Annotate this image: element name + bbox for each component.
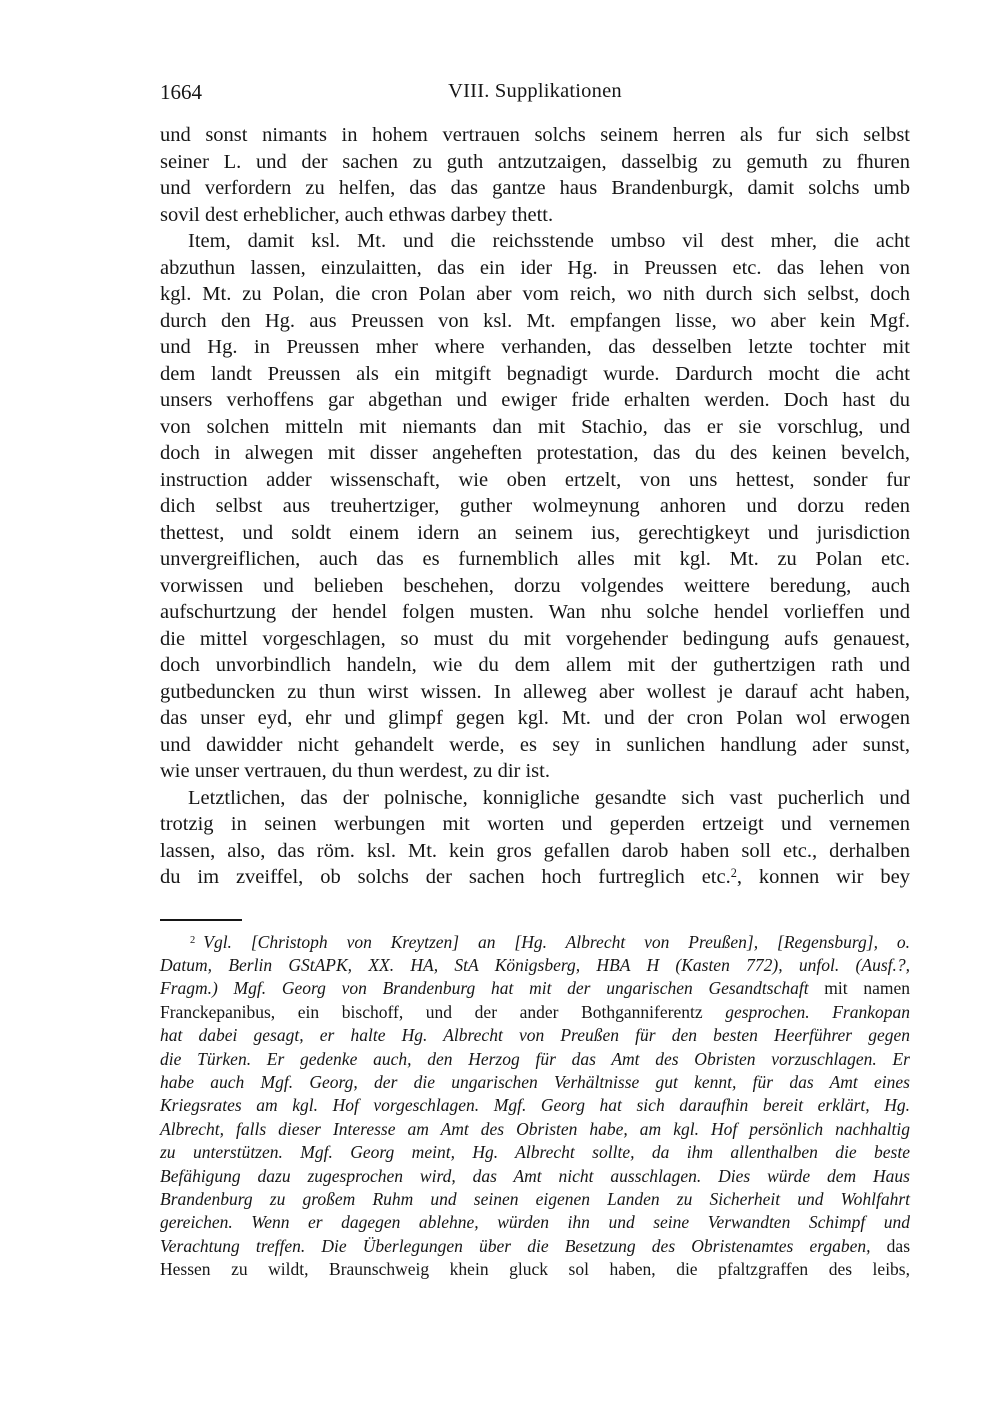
body-text: und sonst nimants in hohem vertrauen sol…: [160, 122, 910, 891]
text-segment: Albrecht, falls dieser Interesse am Amt …: [160, 1119, 910, 1139]
footnote-line: 2Vgl. [Christoph von Kreytzen] an [Hg. A…: [160, 931, 910, 954]
body-line: vorwissen und belieben beschehen, dorzu …: [160, 573, 910, 600]
text-segment: und verfordern zu helfen, das das gantze…: [160, 177, 910, 199]
text-segment: zu unterstützen. Mgf. Georg meint, Hg. A…: [160, 1142, 910, 1162]
body-line: dich selbst aus treuhertziger, guther wo…: [160, 493, 910, 520]
text-column: 1664 VIII. Supplikationen und sonst nima…: [160, 80, 910, 1282]
book-page: 1664 VIII. Supplikationen und sonst nima…: [0, 0, 1004, 1418]
text-segment: Hessen zu wildt, Braunschweig khein gluc…: [160, 1259, 910, 1279]
text-segment: Fragm.) Mgf. Georg von Brandenburg hat m…: [160, 978, 809, 998]
body-line: Item, damit ksl. Mt. und die reichsstend…: [160, 228, 910, 255]
footnote-line: Albrecht, falls dieser Interesse am Amt …: [160, 1118, 910, 1141]
footnote-line: habe auch Mgf. Georg, der die ungarische…: [160, 1071, 910, 1094]
text-segment: vorwissen und belieben beschehen, dorzu …: [160, 575, 910, 597]
footnote-line: die Türken. Er gedenke auch, den Herzog …: [160, 1048, 910, 1071]
body-line: Letztlichen, das der polnische, konnigli…: [160, 785, 910, 812]
text-segment: Item, damit ksl. Mt. und die reichsstend…: [188, 230, 910, 252]
body-line: thettest, und soldt einem idern an seine…: [160, 520, 910, 547]
footnote-line: Franckepanibus, ein bischoff, und der an…: [160, 1001, 910, 1024]
body-line: instruction adder wissenschaft, wie oben…: [160, 467, 910, 494]
body-line: seiner L. und der sachen zu guth antzutz…: [160, 149, 910, 176]
text-segment: von solchen mitteln mit niemants dan mit…: [160, 416, 910, 438]
text-segment: Letztlichen, das der polnische, konnigli…: [188, 787, 910, 809]
footnote-line: zu unterstützen. Mgf. Georg meint, Hg. A…: [160, 1141, 910, 1164]
text-segment: wie unser vertrauen, du thun werdest, zu…: [160, 760, 550, 782]
text-segment: Kriegsrates am kgl. Hof vorgeschlagen. M…: [160, 1095, 910, 1115]
text-segment: gesprochen. Frankopan: [725, 1002, 910, 1022]
text-segment: seiner L. und der sachen zu guth antzutz…: [160, 151, 910, 173]
text-segment: das unser eyd, ehr und glimpf gegen kgl.…: [160, 707, 910, 729]
body-line: durch den Hg. aus Preussen von ksl. Mt. …: [160, 308, 910, 335]
text-segment: doch in alwegen mit disser angeheften pr…: [160, 442, 910, 464]
body-line: doch in alwegen mit disser angeheften pr…: [160, 440, 910, 467]
footnote-line: Fragm.) Mgf. Georg von Brandenburg hat m…: [160, 977, 910, 1000]
body-line: und dawidder nicht gehandelt werde, es s…: [160, 732, 910, 759]
page-header: 1664 VIII. Supplikationen: [160, 80, 910, 108]
text-segment: gereichen. Wenn er dagegen ablehne, würd…: [160, 1212, 910, 1232]
body-line: die mittel vorgeschlagen, so must du mit…: [160, 626, 910, 653]
text-segment: das: [871, 1236, 910, 1256]
text-segment: die mittel vorgeschlagen, so must du mit…: [160, 628, 910, 650]
body-line: und Hg. in Preussen mher where verhanden…: [160, 334, 910, 361]
text-segment: Befähigung dazu zugesprochen wird, das A…: [160, 1166, 910, 1186]
footnote-line: Befähigung dazu zugesprochen wird, das A…: [160, 1165, 910, 1188]
running-head: VIII. Supplikationen: [160, 80, 910, 103]
body-line: unvergreiflichen, auch das es furnemblic…: [160, 546, 910, 573]
footnote: 2Vgl. [Christoph von Kreytzen] an [Hg. A…: [160, 931, 910, 1282]
text-segment: und dawidder nicht gehandelt werde, es s…: [160, 734, 910, 756]
text-segment: und Hg. in Preussen mher where verhanden…: [160, 336, 910, 358]
text-segment: unvergreiflichen, auch das es furnemblic…: [160, 548, 910, 570]
text-segment: und sonst nimants in hohem vertrauen sol…: [160, 124, 910, 146]
text-segment: die Türken. Er gedenke auch, den Herzog …: [160, 1049, 910, 1069]
body-line: von solchen mitteln mit niemants dan mit…: [160, 414, 910, 441]
text-segment: Brandenburg zu großem Ruhm und seinen ei…: [160, 1189, 910, 1209]
body-line: aufschurtzung der hendel folgen musten. …: [160, 599, 910, 626]
text-segment: Franckepanibus, ein bischoff, und der an…: [160, 1002, 725, 1022]
body-line: wie unser vertrauen, du thun werdest, zu…: [160, 758, 910, 785]
body-line: gutbeduncken zu thun wirst wissen. In al…: [160, 679, 910, 706]
footnote-marker: 2: [190, 935, 195, 946]
text-segment: hat dabei gesagt, er halte Hg. Albrecht …: [160, 1025, 910, 1045]
body-line: unsers verhoffens gar abgethan und ewige…: [160, 387, 910, 414]
body-line: kgl. Mt. zu Polan, die cron Polan aber v…: [160, 281, 910, 308]
text-segment: lassen, also, das röm. ksl. Mt. kein gro…: [160, 840, 910, 862]
body-line: dem landt Preussen als ein mitgift begna…: [160, 361, 910, 388]
footnote-line: gereichen. Wenn er dagegen ablehne, würd…: [160, 1211, 910, 1234]
text-segment: mit namen: [809, 978, 910, 998]
text-segment: Datum, Berlin GStAPK, XX. HA, StA Königs…: [160, 955, 910, 975]
body-line: das unser eyd, ehr und glimpf gegen kgl.…: [160, 705, 910, 732]
body-line: und sonst nimants in hohem vertrauen sol…: [160, 122, 910, 149]
footnote-marker: 2: [731, 866, 737, 880]
footnote-line: Verachtung treffen. Die Überlegungen übe…: [160, 1235, 910, 1258]
text-segment: Verachtung treffen. Die Überlegungen übe…: [160, 1236, 871, 1256]
body-line: lassen, also, das röm. ksl. Mt. kein gro…: [160, 838, 910, 865]
text-segment: kgl. Mt. zu Polan, die cron Polan aber v…: [160, 283, 910, 305]
text-segment: trotzig in seinen werbungen mit worten u…: [160, 813, 910, 835]
text-segment: dem landt Preussen als ein mitgift begna…: [160, 363, 910, 385]
text-segment: dich selbst aus treuhertziger, guther wo…: [160, 495, 910, 517]
footnote-line: Brandenburg zu großem Ruhm und seinen ei…: [160, 1188, 910, 1211]
text-segment: thettest, und soldt einem idern an seine…: [160, 522, 910, 544]
footnote-line: hat dabei gesagt, er halte Hg. Albrecht …: [160, 1024, 910, 1047]
text-segment: habe auch Mgf. Georg, der die ungarische…: [160, 1072, 910, 1092]
footnote-line: Kriegsrates am kgl. Hof vorgeschlagen. M…: [160, 1094, 910, 1117]
text-segment: abzuthun lassen, einzulaitten, das ein i…: [160, 257, 910, 279]
text-segment: , konnen wir bey: [737, 866, 910, 888]
body-line: du im zveiffel, ob solchs der sachen hoc…: [160, 864, 910, 891]
text-segment: unsers verhoffens gar abgethan und ewige…: [160, 389, 910, 411]
text-segment: du im zveiffel, ob solchs der sachen hoc…: [160, 866, 731, 888]
footnote-line: Datum, Berlin GStAPK, XX. HA, StA Königs…: [160, 954, 910, 977]
footnote-rule: [160, 919, 242, 921]
text-segment: aufschurtzung der hendel folgen musten. …: [160, 601, 910, 623]
text-segment: sovil dest erheblicher, auch ethwas darb…: [160, 204, 553, 226]
footnote-line: Hessen zu wildt, Braunschweig khein gluc…: [160, 1258, 910, 1281]
text-segment: Vgl. [Christoph von Kreytzen] an [Hg. Al…: [203, 932, 910, 952]
text-segment: doch unvorbindlich handeln, wie du dem a…: [160, 654, 910, 676]
body-line: trotzig in seinen werbungen mit worten u…: [160, 811, 910, 838]
text-segment: gutbeduncken zu thun wirst wissen. In al…: [160, 681, 910, 703]
body-line: sovil dest erheblicher, auch ethwas darb…: [160, 202, 910, 229]
body-line: abzuthun lassen, einzulaitten, das ein i…: [160, 255, 910, 282]
body-line: und verfordern zu helfen, das das gantze…: [160, 175, 910, 202]
text-segment: instruction adder wissenschaft, wie oben…: [160, 469, 910, 491]
body-line: doch unvorbindlich handeln, wie du dem a…: [160, 652, 910, 679]
text-segment: durch den Hg. aus Preussen von ksl. Mt. …: [160, 310, 910, 332]
